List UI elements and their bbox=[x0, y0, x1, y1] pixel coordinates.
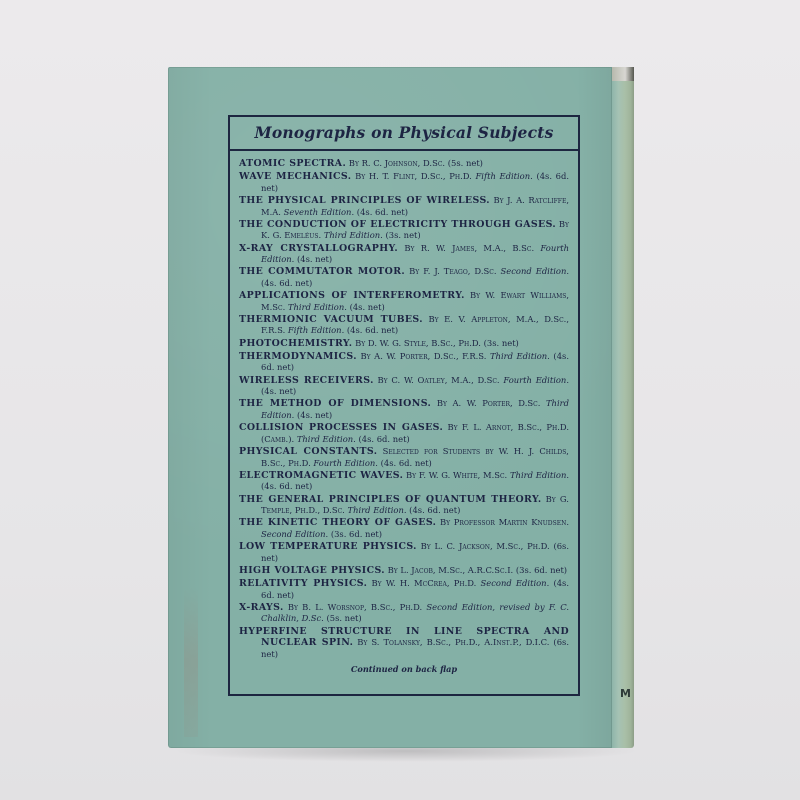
monograph-price: (4s. net) bbox=[297, 254, 332, 264]
monograph-edition: Third Edition. bbox=[288, 302, 347, 312]
monograph-title: THE KINETIC THEORY OF GASES. bbox=[239, 517, 436, 528]
monograph-title: RELATIVITY PHYSICS. bbox=[239, 578, 367, 589]
monograph-title: THE COMMUTATOR MOTOR. bbox=[239, 266, 405, 277]
monograph-entry: THE KINETIC THEORY OF GASES. By Professo… bbox=[239, 517, 569, 539]
monograph-title: COLLISION PROCESSES IN GASES. bbox=[239, 422, 443, 433]
monograph-entry: HIGH VOLTAGE PHYSICS. By L. Jacob, M.Sc.… bbox=[239, 565, 569, 577]
monograph-edition: Third Edition. bbox=[324, 230, 383, 240]
monograph-author: By H. T. Flint, D.Sc., Ph.D. bbox=[355, 171, 472, 181]
monograph-entry: THERMODYNAMICS. By A. W. Porter, D.Sc., … bbox=[239, 351, 569, 373]
monograph-edition: Second Edition. bbox=[501, 266, 569, 276]
monograph-edition: Second Edition. bbox=[481, 578, 550, 588]
monograph-entry: THE COMMUTATOR MOTOR. By F. J. Teago, D.… bbox=[239, 266, 569, 288]
monograph-author: By A. W. Porter, D.Sc. bbox=[437, 398, 541, 408]
monograph-price: (4s. net) bbox=[350, 302, 385, 312]
monograph-price: (3s. net) bbox=[484, 338, 519, 348]
monograph-entry: ELECTROMAGNETIC WAVES. By F. W. G. White… bbox=[239, 470, 569, 492]
monograph-edition: Seventh Edition. bbox=[284, 207, 355, 217]
monograph-author: By R. C. Johnson, D.Sc. bbox=[349, 158, 445, 168]
monograph-price: (4s. 6d. net) bbox=[261, 481, 312, 491]
monograph-price: (3s. 6d. net) bbox=[516, 565, 567, 575]
monograph-title: ELECTROMAGNETIC WAVES. bbox=[239, 470, 403, 481]
book: Monographs on Physical Subjects ATOMIC S… bbox=[168, 67, 634, 748]
monograph-title: THERMIONIC VACUUM TUBES. bbox=[239, 314, 423, 325]
monograph-price: (4s. 6d. net) bbox=[409, 505, 460, 515]
continued-note: Continued on back flap bbox=[230, 664, 578, 674]
monograph-title: WIRELESS RECEIVERS. bbox=[239, 375, 374, 386]
monograph-edition: Fourth Edition. bbox=[503, 375, 569, 385]
monograph-price: (4s. 6d. net) bbox=[357, 207, 408, 217]
monograph-price: (4s. net) bbox=[297, 410, 332, 420]
monograph-title: WAVE MECHANICS. bbox=[239, 171, 351, 182]
monograph-title: PHYSICAL CONSTANTS. bbox=[239, 446, 377, 457]
monograph-edition: Fifth Edition. bbox=[288, 325, 344, 335]
monographs-list-frame: Monographs on Physical Subjects ATOMIC S… bbox=[228, 115, 580, 696]
monograph-entry: THE GENERAL PRINCIPLES OF QUANTUM THEORY… bbox=[239, 494, 569, 516]
monograph-entry: PHOTOCHEMISTRY. By D. W. G. Style, B.Sc.… bbox=[239, 338, 569, 350]
monograph-entry: X-RAY CRYSTALLOGRAPHY. By R. W. James, M… bbox=[239, 243, 569, 265]
monograph-title: X-RAYS. bbox=[239, 602, 284, 613]
monograph-entry: X-RAYS. By B. L. Worsnop, B.Sc., Ph.D. S… bbox=[239, 602, 569, 624]
monograph-entry: HYPERFINE STRUCTURE IN LINE SPECTRA AND … bbox=[239, 626, 569, 660]
monograph-entry: ATOMIC SPECTRA. By R. C. Johnson, D.Sc. … bbox=[239, 158, 569, 170]
monograph-title: THE PHYSICAL PRINCIPLES OF WIRELESS. bbox=[239, 195, 490, 206]
back-cover: Monographs on Physical Subjects ATOMIC S… bbox=[168, 67, 612, 748]
monograph-price: (3s. 6d. net) bbox=[331, 529, 382, 539]
monograph-title: THE CONDUCTION OF ELECTRICITY THROUGH GA… bbox=[239, 219, 556, 230]
spine-letter: M bbox=[620, 687, 632, 701]
monograph-title: PHOTOCHEMISTRY. bbox=[239, 338, 352, 349]
monograph-entry: APPLICATIONS OF INTERFEROMETRY. By W. Ew… bbox=[239, 290, 569, 312]
monograph-edition: Third Edition. bbox=[510, 470, 569, 480]
monograph-edition: Second Edition. bbox=[261, 529, 328, 539]
monograph-price: (4s. net) bbox=[261, 386, 296, 396]
monograph-price: (5s. net) bbox=[448, 158, 483, 168]
monograph-price: (4s. 6d. net) bbox=[261, 278, 312, 288]
monograph-title: THERMODYNAMICS. bbox=[239, 351, 357, 362]
monograph-entry: THE METHOD OF DIMENSIONS. By A. W. Porte… bbox=[239, 398, 569, 420]
monograph-price: (4s. 6d. net) bbox=[381, 458, 432, 468]
monograph-author: By C. W. Oatley, M.A., D.Sc. bbox=[378, 375, 500, 385]
monograph-entry: LOW TEMPERATURE PHYSICS. By L. C. Jackso… bbox=[239, 541, 569, 563]
monograph-title: APPLICATIONS OF INTERFEROMETRY. bbox=[239, 290, 465, 301]
monograph-author: By R. W. James, M.A., B.Sc. bbox=[404, 243, 534, 253]
monograph-entry: PHYSICAL CONSTANTS. Selected for Student… bbox=[239, 446, 569, 468]
monograph-author: By L. C. Jackson, M.Sc., Ph.D. bbox=[421, 541, 550, 551]
monograph-edition: Third Edition. bbox=[297, 434, 356, 444]
monograph-author: By B. L. Worsnop, B.Sc., Ph.D. bbox=[288, 602, 422, 612]
monograph-price: (3s. net) bbox=[385, 230, 420, 240]
monograph-author: By F. W. G. White, M.Sc. bbox=[406, 470, 507, 480]
monograph-entry: THERMIONIC VACUUM TUBES. By E. V. Applet… bbox=[239, 314, 569, 336]
monograph-entry: RELATIVITY PHYSICS. By W. H. McCrea, Ph.… bbox=[239, 578, 569, 600]
monograph-title: X-RAY CRYSTALLOGRAPHY. bbox=[239, 243, 398, 254]
frame-title: Monographs on Physical Subjects bbox=[230, 117, 578, 151]
monograph-entry: COLLISION PROCESSES IN GASES. By F. L. A… bbox=[239, 422, 569, 444]
monograph-author: By W. H. McCrea, Ph.D. bbox=[372, 578, 477, 588]
monograph-author: By L. Jacob, M.Sc., A.R.C.Sc.I. bbox=[388, 565, 514, 575]
monograph-price: (4s. 6d. net) bbox=[347, 325, 398, 335]
monograph-author: By Professor Martin Knudsen. bbox=[440, 517, 569, 527]
spine: M bbox=[612, 67, 634, 748]
monograph-entry: WIRELESS RECEIVERS. By C. W. Oatley, M.A… bbox=[239, 375, 569, 397]
monograph-title: THE GENERAL PRINCIPLES OF QUANTUM THEORY… bbox=[239, 494, 542, 505]
monograph-edition: Third Edition. bbox=[490, 351, 550, 361]
monograph-title: HIGH VOLTAGE PHYSICS. bbox=[239, 565, 385, 576]
monograph-title: ATOMIC SPECTRA. bbox=[239, 158, 346, 169]
monograph-title: THE METHOD OF DIMENSIONS. bbox=[239, 398, 431, 409]
monograph-entry: WAVE MECHANICS. By H. T. Flint, D.Sc., P… bbox=[239, 171, 569, 193]
monograph-entry: THE CONDUCTION OF ELECTRICITY THROUGH GA… bbox=[239, 219, 569, 241]
monograph-price: (5s. net) bbox=[326, 613, 361, 623]
monograph-author: By D. W. G. Style, B.Sc., Ph.D. bbox=[355, 338, 481, 348]
spine-tear bbox=[612, 67, 634, 81]
monograph-list: ATOMIC SPECTRA. By R. C. Johnson, D.Sc. … bbox=[230, 151, 578, 659]
monograph-edition: Fifth Edition. bbox=[475, 171, 532, 181]
monograph-edition: Third Edition. bbox=[348, 505, 407, 515]
monograph-price: (4s. 6d. net) bbox=[358, 434, 409, 444]
monograph-edition: Fourth Edition. bbox=[313, 458, 378, 468]
monograph-title: LOW TEMPERATURE PHYSICS. bbox=[239, 541, 417, 552]
monograph-entry: THE PHYSICAL PRINCIPLES OF WIRELESS. By … bbox=[239, 195, 569, 217]
cover-wear bbox=[184, 587, 198, 737]
monograph-author: By S. Tolansky, B.Sc., Ph.D., A.Inst.P.,… bbox=[357, 637, 549, 647]
monograph-author: By A. W. Porter, D.Sc., F.R.S. bbox=[360, 351, 486, 361]
monograph-author: By F. J. Teago, D.Sc. bbox=[409, 266, 496, 276]
